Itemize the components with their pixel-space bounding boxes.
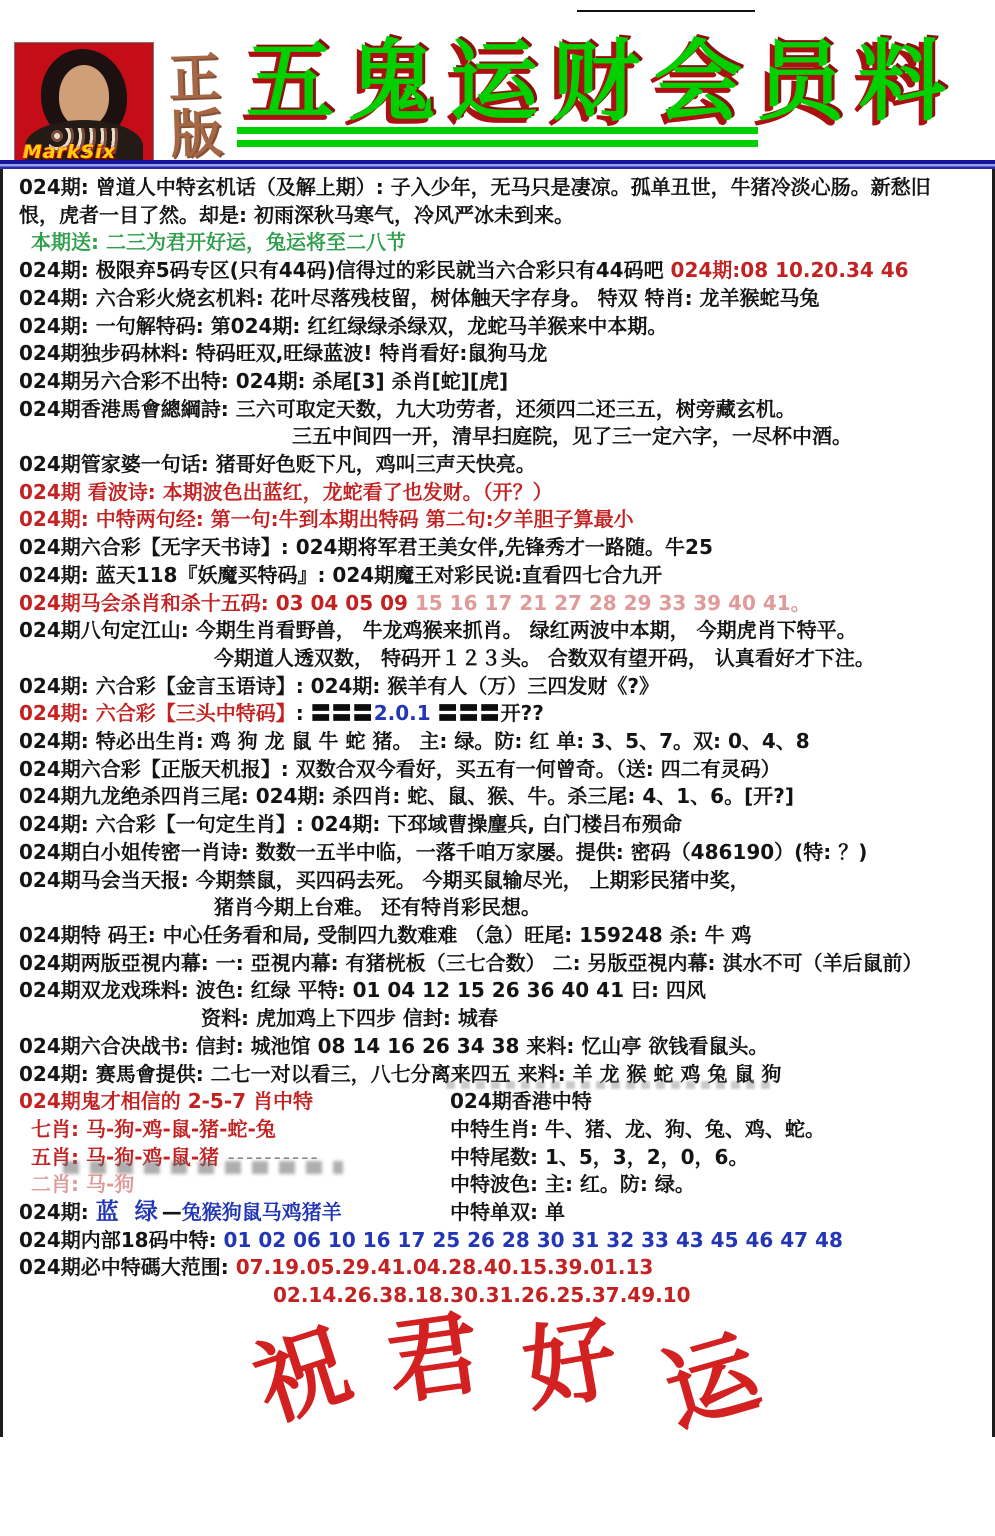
- text-line: 024期马会杀肖和杀十五码: 03 04 05 09 15 16 17 21 2…: [19, 590, 988, 618]
- text-line: 024期必中特碼大范围: 07.19.05.29.41.04.28.40.15.…: [19, 1254, 988, 1282]
- line-segment: 02.14.26.38.18.30.31.26.25.37.49.10: [273, 1283, 691, 1307]
- line-segment: 本期送: 二三为君开好运，兔运将至二八节: [31, 230, 406, 254]
- line-segment: 024期: 六合彩【金言玉语诗】: 024期: 猴羊有人（万）三四发财《?》: [19, 674, 659, 698]
- line-segment: 024期管家婆一句话: 猪哥好色贬下凡，鸡叫三声天快亮。: [19, 452, 536, 476]
- line-segment: 024期独步码林料: 特码旺双,旺绿蓝波! 特肖看好:鼠狗马龙: [19, 341, 547, 365]
- text-line: 024期: 极限弃5码专区(只有44码)信得过的彩民就当六合彩只有44码吧 02…: [19, 257, 988, 285]
- text-line: 五肖: 马-狗-鸡-鼠-猪 ----------: [19, 1144, 450, 1172]
- line-segment: 01 02 06 10 16 17 25 26 28 30 31 32 33 4…: [224, 1228, 843, 1252]
- text-line: 024期鬼才相信的 2-5-7 肖中特: [19, 1088, 450, 1116]
- text-line: 024期另六合彩不出特: 024期: 杀尾[3] 杀肖[蛇][虎]: [19, 368, 988, 396]
- text-line: 024期香港馬會總綱詩: 三六可取定天数，九大功劳者，还须四二还三五，树旁藏玄机…: [19, 396, 988, 424]
- line-segment: 五肖: 马-狗-鸡-鼠-猪: [31, 1145, 219, 1169]
- two-column-block: 024期鬼才相信的 2-5-7 肖中特七肖: 马-狗-鸡-鼠-猪-蛇-兔五肖: …: [19, 1088, 988, 1227]
- text-line: 024期: 一句解特码: 第024期: 红红绿绿杀绿双，龙蛇马羊猴来中本期。: [19, 313, 988, 341]
- line-segment: 024期六合彩【无字天书诗】: 024期将军君王美女伴,先锋秀才一路随。牛25: [19, 535, 713, 559]
- line-segment: 024期双龙戏珠料: 波色: 红绿 平特: 01 04 12 15 26 36 …: [19, 978, 706, 1002]
- line-segment: 024期: 中特两句经: 第一句:牛到本期出特码 第二句:夕羊胆子算最小: [19, 507, 634, 531]
- text-line: 猪肖今期上台难。 还有特肖彩民想。: [19, 894, 988, 922]
- line-segment: 七肖: 马-狗-鸡-鼠-猪-蛇-兔: [31, 1117, 276, 1141]
- line-segment: 024期白小姐传密一肖诗: 数数一五半中临，一落千咱万家屡。提供: 密码（486…: [19, 840, 867, 864]
- text-line: 今期道人透双数， 特码开１２３头。 合数双有望开码， 认真看好才下注。: [19, 645, 988, 673]
- text-line: 024期: 蓝 绿—兔猴狗鼠马鸡猪羊: [19, 1199, 450, 1227]
- portrait-photo: MarkSix: [14, 42, 154, 165]
- authentic-stamp: 正版: [162, 49, 218, 171]
- text-line: 二肖: 马-狗: [19, 1171, 450, 1199]
- text-line: 024期: 六合彩【金言玉语诗】: 024期: 猴羊有人（万）三四发财《?》: [19, 673, 988, 701]
- text-line: 024期九龙绝杀四肖三尾: 024期: 杀四肖: 蛇、鼠、猴、牛。杀三尾: 4、…: [19, 783, 988, 811]
- line-segment: 024期马会杀肖和杀十五码: 03 04 05 09: [19, 591, 415, 615]
- portrait-face: [59, 65, 109, 127]
- line-segment: 〓〓〓: [311, 701, 374, 725]
- leaflet-page: MarkSix 正版 五鬼运财会员料 024期: 曾道人中特玄机话（及解上期）:…: [0, 0, 995, 1536]
- text-line: 024期六合彩【正版天机报】: 双数合双今看好，买五有一何曾奇。（送: 四二有灵…: [19, 756, 988, 784]
- line-segment: —: [162, 1200, 182, 1224]
- line-segment: 恨，虎者一目了然。却是: 初雨深秋马寒气，冷风严冰未到来。: [19, 203, 574, 227]
- line-segment: 猪肖今期上台难。 还有特肖彩民想。: [214, 895, 541, 919]
- hk-panel-title: 024期香港中特: [450, 1088, 988, 1116]
- line-segment: 024期: 六合彩火烧玄机料: 花叶尽落残枝留，树体触天字存身。 特双 特肖: …: [19, 286, 820, 310]
- line-segment: 024期: 六合彩【三头中特码】: [19, 701, 296, 725]
- text-line: 024期: 蓝天118『妖魔买特码』: 024期魔王对彩民说:直看四七合九开: [19, 562, 988, 590]
- line-segment: 024期: 蓝天118『妖魔买特码』: 024期魔王对彩民说:直看四七合九开: [19, 563, 662, 587]
- text-line: 资料: 虎加鸡上下四步 信封: 城春: [19, 1005, 988, 1033]
- main-text-block: 024期: 曾道人中特玄机话（及解上期）: 子入少年，无马只是凄凉。孤单丑世，牛…: [19, 174, 988, 1088]
- text-line: 024期独步码林料: 特码旺双,旺绿蓝波! 特肖看好:鼠狗马龙: [19, 340, 988, 368]
- bottom-text-block: 024期内部18码中特: 01 02 06 10 16 17 25 26 28 …: [19, 1227, 988, 1310]
- text-line: 02.14.26.38.18.30.31.26.25.37.49.10: [19, 1282, 988, 1310]
- line-segment: 024期必中特碼大范围:: [19, 1255, 236, 1279]
- line-segment: 2.0.1: [374, 701, 438, 725]
- top-rule-line: [577, 10, 755, 12]
- hk-panel-lines: 中特生肖: 牛、猪、龙、狗、兔、鸡、蛇。中特尾数: 1、5，3，2，0，6。中特…: [450, 1116, 988, 1227]
- blessing-character: 君: [382, 1306, 486, 1410]
- text-line: 024期: 六合彩【一句定生肖】: 024期: 下邳域曹操麈兵, 白门楼吕布殒命: [19, 811, 988, 839]
- text-line: 024期: 曾道人中特玄机话（及解上期）: 子入少年，无马只是凄凉。孤单丑世，牛…: [19, 174, 988, 202]
- text-line: 024期: 特必出生肖: 鸡 狗 龙 鼠 牛 蛇 猪。 主: 绿。防: 红 单:…: [19, 728, 988, 756]
- line-segment: 024期马会当天报: 今期禁鼠，买四码去死。 今期买鼠输尽光， 上期彩民猪中奖，: [19, 868, 750, 892]
- line-segment: 024期:08 10.20.34 46: [671, 258, 909, 282]
- text-line: 024期特 码王: 中心任务看和局, 受制四九数难难 （急）旺尾: 159248…: [19, 922, 988, 950]
- text-line: 024期管家婆一句话: 猪哥好色贬下凡，鸡叫三声天快亮。: [19, 451, 988, 479]
- line-segment: 024期另六合彩不出特: 024期: 杀尾[3] 杀肖[蛇][虎]: [19, 369, 508, 393]
- line-segment: 15 16 17 21 27 28 29 33 39 40 41。: [415, 591, 811, 615]
- hk-panel-line: 中特尾数: 1、5，3，2，0，6。: [450, 1144, 988, 1172]
- line-segment: 024期六合决战书: 信封: 城池馆 08 14 16 26 34 38 来料:…: [19, 1034, 768, 1058]
- line-segment: 兔猴狗鼠马鸡猪羊: [182, 1200, 342, 1224]
- content-frame: 024期: 曾道人中特玄机话（及解上期）: 子入少年，无马只是凄凉。孤单丑世，牛…: [0, 169, 995, 1437]
- line-segment: 024期两版亞視内幕: 一: 亞視内幕: 有猪桄板（三七合数） 二: 另版亞視内…: [19, 951, 923, 975]
- text-line: 本期送: 二三为君开好运，兔运将至二八节: [19, 229, 988, 257]
- text-line: 024期内部18码中特: 01 02 06 10 16 17 25 26 28 …: [19, 1227, 988, 1255]
- text-line: 024期六合决战书: 信封: 城池馆 08 14 16 26 34 38 来料:…: [19, 1033, 988, 1061]
- line-segment: 024期特 码王: 中心任务看和局, 受制四九数难难 （急）旺尾: 159248…: [19, 923, 752, 947]
- line-segment: 024期 看波诗: 本期波色出蓝红，龙蛇看了也发财。（开？）: [19, 480, 553, 504]
- left-tips-column: 024期鬼才相信的 2-5-7 肖中特七肖: 马-狗-鸡-鼠-猪-蛇-兔五肖: …: [19, 1088, 450, 1227]
- text-line: 024期白小姐传密一肖诗: 数数一五半中临，一落千咱万家屡。提供: 密码（486…: [19, 839, 988, 867]
- line-segment: 开??: [501, 701, 544, 725]
- line-segment: 024期: 曾道人中特玄机话（及解上期）: 子入少年，无马只是凄凉。孤单丑世，牛…: [19, 175, 931, 199]
- hk-panel-line: 中特生肖: 牛、猪、龙、狗、兔、鸡、蛇。: [450, 1116, 988, 1144]
- text-line: 024期双龙戏珠料: 波色: 红绿 平特: 01 04 12 15 26 36 …: [19, 977, 988, 1005]
- line-segment: 024期八句定江山: 今期生肖看野兽， 牛龙鸡猴来抓肖。 绿红两波中本期， 今期…: [19, 618, 857, 642]
- text-line: 024期: 六合彩火烧玄机料: 花叶尽落残枝留，树体触天字存身。 特双 特肖: …: [19, 285, 988, 313]
- blessing-character: 好: [517, 1311, 624, 1418]
- line-segment: 今期道人透双数， 特码开１２３头。 合数双有望开码， 认真看好才下注。: [214, 646, 875, 670]
- line-segment: 024期内部18码中特:: [19, 1228, 224, 1252]
- hongkong-zhongte-panel: 024期香港中特 中特生肖: 牛、猪、龙、狗、兔、鸡、蛇。中特尾数: 1、5，3…: [450, 1088, 988, 1227]
- line-segment: 024期九龙绝杀四肖三尾: 024期: 杀四肖: 蛇、鼠、猴、牛。杀三尾: 4、…: [19, 784, 794, 808]
- title-underline-2: [237, 140, 758, 147]
- text-line: 024期八句定江山: 今期生肖看野兽， 牛龙鸡猴来抓肖。 绿红两波中本期， 今期…: [19, 617, 988, 645]
- text-line: 024期两版亞視内幕: 一: 亞視内幕: 有猪桄板（三七合数） 二: 另版亞視内…: [19, 950, 988, 978]
- hk-panel-line: 中特单双: 单: [450, 1199, 988, 1227]
- line-segment: 024期鬼才相信的 2-5-7 肖中特: [19, 1089, 313, 1113]
- line-segment: 024期: 一句解特码: 第024期: 红红绿绿杀绿双，龙蛇马羊猴来中本期。: [19, 314, 667, 338]
- line-segment: 三五中间四一开，清早扫庭院，见了三一定六字，一尽杯中酒。: [292, 424, 852, 448]
- line-segment: 07.19.05.29.41.04.28.40.15.39.01.13: [236, 1255, 654, 1279]
- title-underline-1: [237, 127, 758, 134]
- blessing-text: 祝君好运: [252, 1316, 752, 1408]
- text-line: 七肖: 马-狗-鸡-鼠-猪-蛇-兔: [19, 1116, 450, 1144]
- line-segment: 024期六合彩【正版天机报】: 双数合双今看好，买五有一何曾奇。（送: 四二有灵…: [19, 757, 781, 781]
- text-line: 024期六合彩【无字天书诗】: 024期将军君王美女伴,先锋秀才一路随。牛25: [19, 534, 988, 562]
- line-segment: 024期香港馬會總綱詩: 三六可取定天数，九大功劳者，还须四二还三五，树旁藏玄机…: [19, 397, 796, 421]
- text-line: 三五中间四一开，清早扫庭院，见了三一定六字，一尽杯中酒。: [19, 423, 988, 451]
- line-segment: 024期: 特必出生肖: 鸡 狗 龙 鼠 牛 蛇 猪。 主: 绿。防: 红 单:…: [19, 729, 810, 753]
- text-line: 024期马会当天报: 今期禁鼠，买四码去死。 今期买鼠输尽光， 上期彩民猪中奖，: [19, 867, 988, 895]
- line-segment: 024期:: [19, 1200, 96, 1224]
- text-line: 024期: 六合彩【三头中特码】: 〓〓〓2.0.1 〓〓〓开??: [19, 700, 988, 728]
- line-segment: 蓝 绿: [96, 1199, 162, 1225]
- line-segment: ----------: [219, 1145, 320, 1169]
- text-line: 024期: 中特两句经: 第一句:牛到本期出特码 第二句:夕羊胆子算最小: [19, 506, 988, 534]
- line-segment: 二肖: 马-狗: [31, 1172, 134, 1196]
- header-divider-line: [0, 160, 995, 169]
- line-segment: 资料: 虎加鸡上下四步 信封: 城春: [201, 1006, 498, 1030]
- text-line: 恨，虎者一目了然。却是: 初雨深秋马寒气，冷风严冰未到来。: [19, 202, 988, 230]
- line-segment: 024期: 六合彩【一句定生肖】: 024期: 下邳域曹操麈兵, 白门楼吕布殒命: [19, 812, 682, 836]
- line-segment: 024期: 极限弃5码专区(只有44码)信得过的彩民就当六合彩只有44码吧: [19, 258, 671, 282]
- hk-panel-line: 中特波色: 主: 红。防: 绿。: [450, 1171, 988, 1199]
- text-line: 024期 看波诗: 本期波色出蓝红，龙蛇看了也发财。（开？）: [19, 479, 988, 507]
- line-segment: :: [296, 701, 311, 725]
- page-title: 五鬼运财会员料: [246, 38, 960, 126]
- line-segment: 〓〓〓: [438, 701, 501, 725]
